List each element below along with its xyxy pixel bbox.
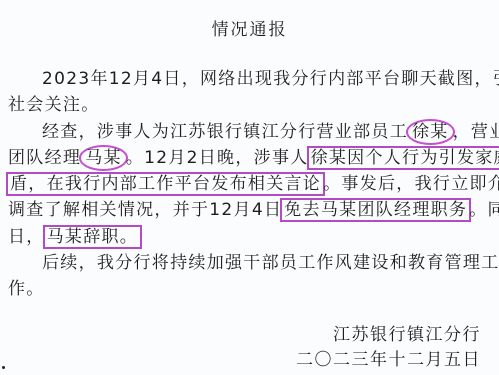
text-segment: 日， [8, 227, 45, 247]
paragraph-2-line-3: 盾，在我行内部工作平台发布相关言论。事发后，我行立即介入 [8, 171, 492, 197]
paragraph-1-line-1: 2023年12月4日，网络出现我分行内部平台聊天截图，引发 [8, 66, 492, 92]
text-segment: 。12月2日晚，涉事人 [126, 148, 309, 168]
document-title: 情况通报 [0, 15, 499, 40]
paragraph-2-line-2: 团队经理马某。12月2日晚，涉事人徐某因个人行为引发家庭矛 [8, 145, 492, 171]
text-segment: 。事发后，我行立即介入 [323, 174, 499, 194]
paragraph-2-line-1: 经查，涉事人为江苏银行镇江分行营业部员工徐某，营业部 [8, 119, 492, 145]
paragraph-2-line-5: 日，马某辞职。 [8, 224, 492, 250]
signature-date: 二〇二三年十二月五日 [296, 345, 481, 370]
text-segment: 。同 [469, 200, 499, 220]
stray-dot [2, 366, 5, 369]
paragraph-1-line-2: 社会关注。 [8, 92, 492, 118]
highlight-ellipse-ma: 马某 [79, 145, 128, 171]
signature-organization: 江苏银行镇江分行 [333, 320, 481, 345]
paragraph-3-line-1: 后续，我分行将持续加强干部员工作风建设和教育管理工 [8, 250, 492, 276]
highlight-ellipse-xu: 徐某 [406, 119, 455, 145]
text-segment: ，营业部 [453, 122, 499, 142]
highlight-box-resignation: 马某辞职。 [43, 225, 143, 249]
text-segment: 团队经理 [8, 148, 81, 168]
highlight-box-cause-2: 盾，在我行内部工作平台发布相关言论 [6, 172, 325, 196]
document-body: 2023年12月4日，网络出现我分行内部平台聊天截图，引发 社会关注。 经查，涉… [8, 66, 492, 303]
highlight-box-cause-1: 徐某因个人行为引发家庭矛 [307, 146, 499, 170]
text-segment: 调查了解相关情况，并于12月4日 [8, 200, 282, 220]
text-segment: 经查，涉事人为江苏银行镇江分行营业部员工 [42, 122, 408, 142]
paragraph-2-line-4: 调查了解相关情况，并于12月4日免去马某团队经理职务。同 [8, 197, 492, 223]
paragraph-3-line-2: 作。 [8, 276, 492, 302]
highlight-box-dismissal: 免去马某团队经理职务 [280, 198, 471, 222]
